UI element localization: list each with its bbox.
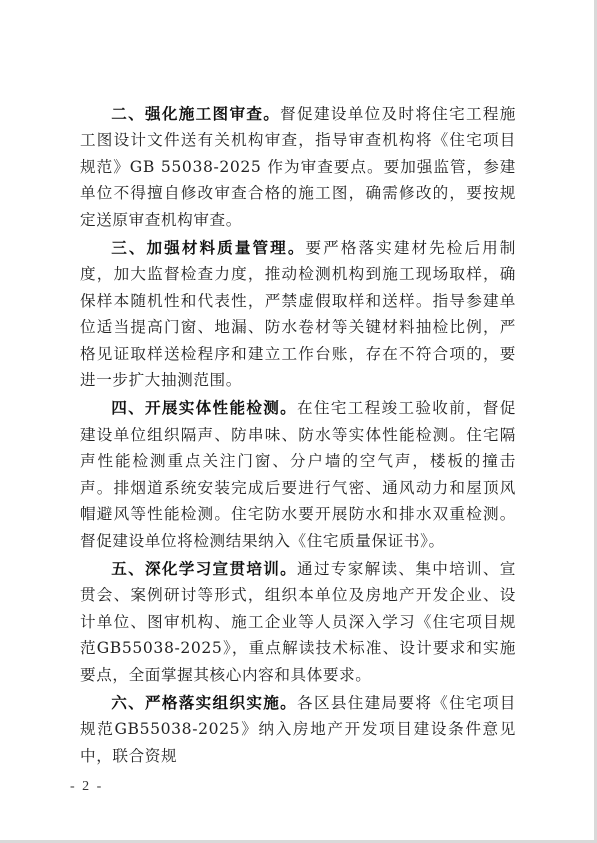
page-number: - 2 - xyxy=(70,779,103,795)
paragraph-text: 督促建设单位及时将住宅工程施工图设计文件送有关机构审查，指导审查机构将《住宅项目… xyxy=(80,105,516,229)
paragraph-heading: 二、强化施工图审查。 xyxy=(111,104,280,123)
paragraph-heading: 五、深化学习宣贯培训。 xyxy=(111,559,297,578)
paragraph-heading: 四、开展实体性能检测。 xyxy=(111,398,297,417)
paragraph-training: 五、深化学习宣贯培训。通过专家解读、集中培训、宣贯会、案例研讨等形式，组织本单位… xyxy=(80,556,516,688)
paragraph-heading: 六、严格落实组织实施。 xyxy=(111,693,297,712)
paragraph-text: 在住宅工程竣工验收前，督促建设单位组织隔声、防串味、防水等实体性能检测。住宅隔声… xyxy=(80,399,516,549)
paragraph-material-quality: 三、加强材料质量管理。要严格落实建材先检后用制度，加大监督检查力度，推动检测机构… xyxy=(80,235,516,393)
paragraph-drawing-review: 二、强化施工图审查。督促建设单位及时将住宅工程施工图设计文件送有关机构审查，指导… xyxy=(80,101,516,233)
document-page: 二、强化施工图审查。督促建设单位及时将住宅工程施工图设计文件送有关机构审查，指导… xyxy=(0,0,597,843)
document-body: 二、强化施工图审查。督促建设单位及时将住宅工程施工图设计文件送有关机构审查，指导… xyxy=(80,101,516,769)
paragraph-text: 要严格落实建材先检后用制度，加大监督检查力度，推动检测机构到施工现场取样，确保样… xyxy=(80,239,516,389)
paragraph-text: 通过专家解读、集中培训、宣贯会、案例研讨等形式，组织本单位及房地产开发企业、设计… xyxy=(80,560,516,684)
paragraph-heading: 三、加强材料质量管理。 xyxy=(111,238,305,257)
paragraph-implementation: 六、严格落实组织实施。各区县住建局要将《住宅项目规范GB55038-2025》纳… xyxy=(80,690,516,769)
paragraph-performance-testing: 四、开展实体性能检测。在住宅工程竣工验收前，督促建设单位组织隔声、防串味、防水等… xyxy=(80,395,516,553)
